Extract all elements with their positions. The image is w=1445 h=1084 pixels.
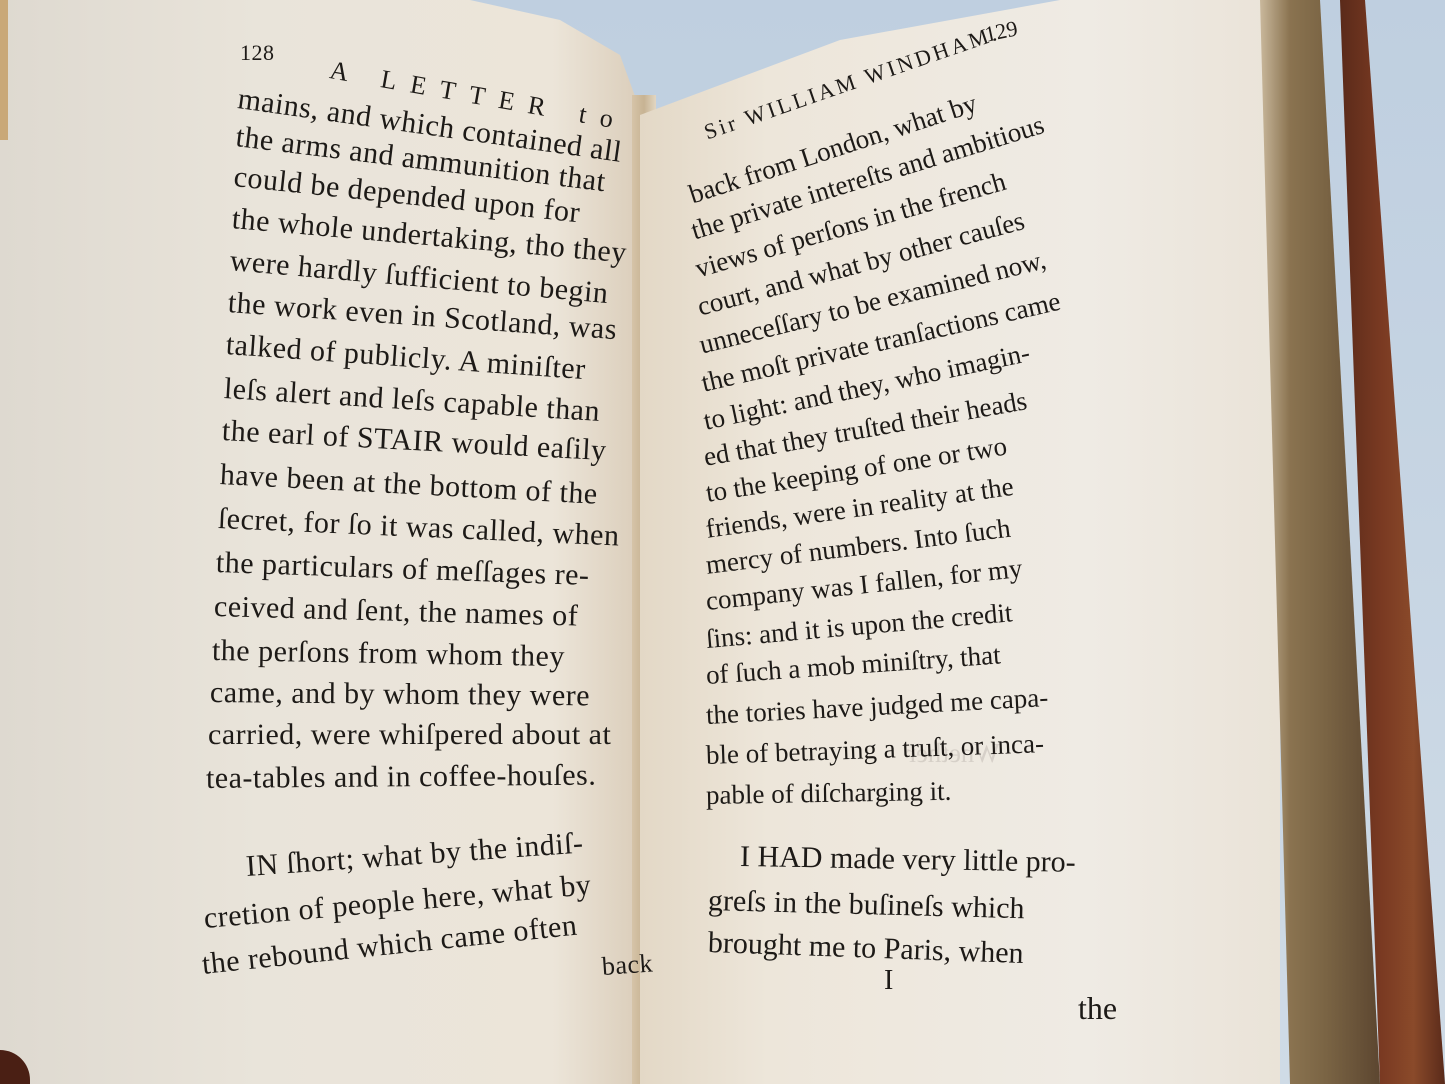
text-line: the perſons from whom they: [212, 634, 565, 674]
show-through-text: Whether: [907, 738, 1000, 769]
paragraph-start: I HAD made very little pro-: [740, 840, 1076, 880]
catchword: back: [601, 948, 654, 981]
left-page-number: 128: [240, 40, 275, 66]
text-line: tea-tables and in coffee-houſes.: [206, 759, 597, 796]
text-line: carried, were whiſpered about at: [208, 718, 611, 752]
left-page-edge: [0, 0, 8, 140]
text-line: pable of diſcharging it.: [706, 776, 952, 811]
signature-mark: I: [884, 965, 893, 997]
catchword: the: [1078, 990, 1117, 1027]
text-line: came, and by whom they were: [210, 676, 590, 713]
